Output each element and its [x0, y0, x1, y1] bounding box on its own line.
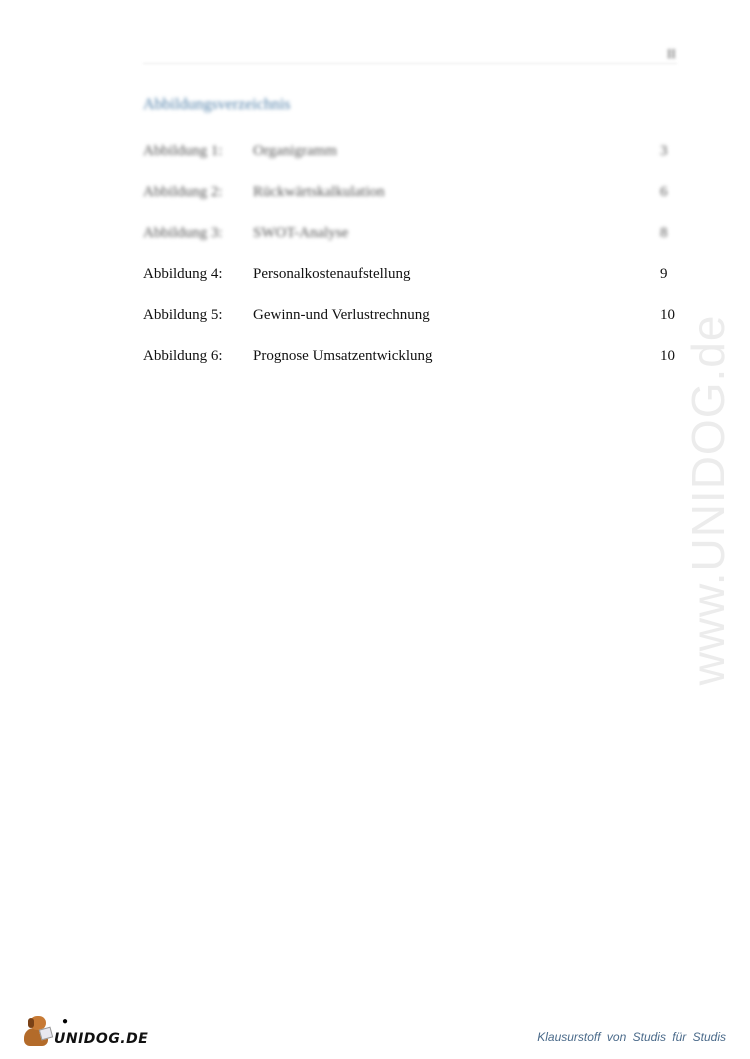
logo-text: UNIDOG.DE — [54, 1031, 148, 1047]
figure-page: 3 — [660, 140, 668, 162]
figure-page: 10 — [660, 345, 675, 367]
toc-title: Abbildungsverzeichnis — [143, 96, 291, 114]
figure-caption: SWOT-Analyse — [253, 222, 348, 244]
figure-label: Abbildung 4: — [143, 263, 223, 285]
figure-caption: Rückwärtskalkulation — [253, 181, 385, 203]
figure-entry[interactable]: Abbildung 4: Personalkostenaufstellung 9 — [143, 263, 683, 304]
header-rule — [143, 63, 677, 64]
figure-label: Abbildung 5: — [143, 304, 223, 326]
figure-entry[interactable]: Abbildung 1: Organigramm 3 — [143, 140, 683, 181]
paw-icon: ● — [62, 1016, 68, 1027]
figure-page: 9 — [660, 263, 668, 285]
figure-entry[interactable]: Abbildung 5: Gewinn-und Verlustrechnung … — [143, 304, 683, 345]
figure-list: Abbildung 1: Organigramm 3 Abbildung 2: … — [143, 140, 683, 386]
figure-page: 6 — [660, 181, 668, 203]
dog-mascot-icon — [22, 1014, 52, 1048]
figure-page: 10 — [660, 304, 675, 326]
figure-entry[interactable]: Abbildung 6: Prognose Umsatzentwicklung … — [143, 345, 683, 386]
figure-caption: Gewinn-und Verlustrechnung — [253, 304, 430, 326]
figure-caption: Personalkostenaufstellung — [253, 263, 410, 285]
figure-label: Abbildung 1: — [143, 140, 223, 162]
watermark: www.UNIDOG.de — [681, 315, 735, 686]
page-number: II — [667, 46, 676, 62]
figure-entry[interactable]: Abbildung 3: SWOT-Analyse 8 — [143, 222, 683, 263]
figure-label: Abbildung 3: — [143, 222, 223, 244]
figure-page: 8 — [660, 222, 668, 244]
figure-entry[interactable]: Abbildung 2: Rückwärtskalkulation 6 — [143, 181, 683, 222]
figure-caption: Prognose Umsatzentwicklung — [253, 345, 433, 367]
figure-label: Abbildung 2: — [143, 181, 223, 203]
unidog-logo[interactable]: ● UNIDOG.DE — [22, 1012, 148, 1048]
figure-label: Abbildung 6: — [143, 345, 223, 367]
figure-caption: Organigramm — [253, 140, 337, 162]
footer-tagline: Klausurstoff von Studis für Studis — [537, 1030, 726, 1044]
